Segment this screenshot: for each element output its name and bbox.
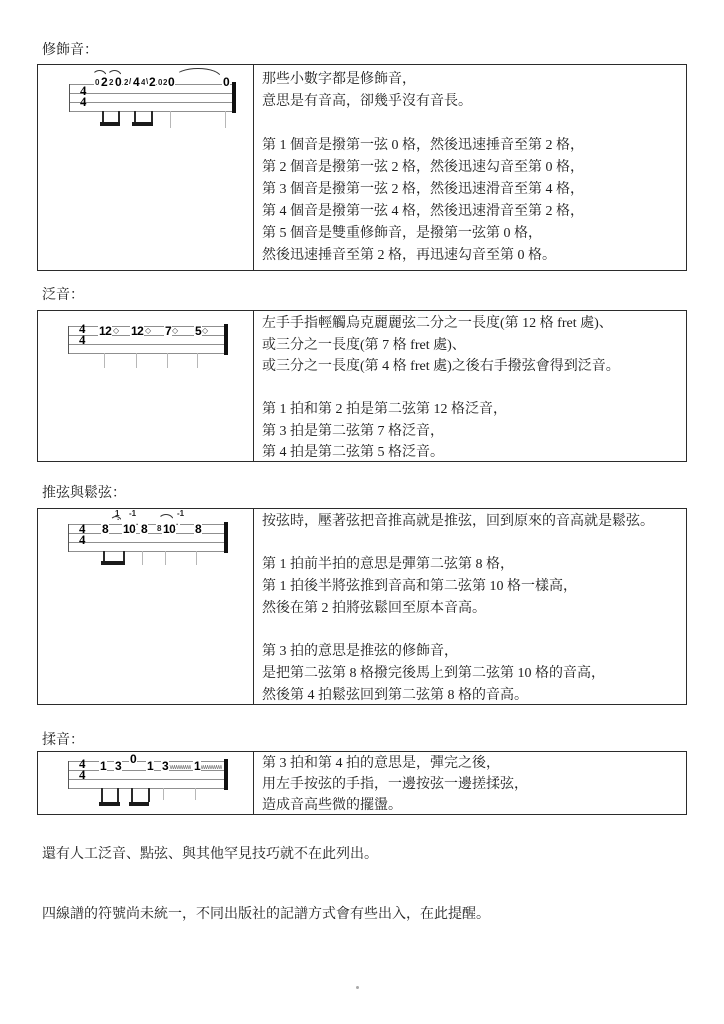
text-line xyxy=(262,620,680,642)
note-stem xyxy=(225,111,226,128)
section-table-vibrato: 44∨∨∨∨∨∨∨∨∨∨∨∨∨∨∨∨∨∨∨∨∨∨∨∨130131 第 3 拍和第… xyxy=(37,751,687,815)
fret-number: 12 xyxy=(98,324,112,338)
text-line: 第 1 拍和第 2 拍是第二弦第 12 格泛音， xyxy=(262,399,680,421)
staff-start-barline xyxy=(68,761,69,789)
fret-number: 0 xyxy=(114,75,122,89)
time-signature-digit: 4 xyxy=(79,334,86,346)
eighth-note-beam xyxy=(101,561,125,565)
slur-tie-arc xyxy=(158,514,174,521)
section-table-bend-release: 441·-1-1810·8810·8 按弦時，壓著弦把音推高就是推弦，回到原來的… xyxy=(37,508,687,705)
section-heading-grace-notes: 修飾音： xyxy=(42,41,98,61)
fret-number: · xyxy=(135,520,140,529)
note-stem xyxy=(142,551,143,565)
fret-number: 2 xyxy=(148,75,156,89)
staff-line xyxy=(69,102,236,103)
text-line: 然後第 4 拍鬆弦回到第二弦第 8 格的音高。 xyxy=(262,685,680,704)
harmonic-diamond-icon: ◇ xyxy=(202,326,208,335)
text-line: 然後迅速捶音至第 2 格，再迅速勾音至第 0 格。 xyxy=(262,245,680,267)
time-signature-digit: 4 xyxy=(79,769,86,781)
note-stem xyxy=(103,551,105,561)
slur-tie-arc xyxy=(175,68,221,77)
time-signature-digit: 4 xyxy=(80,96,87,108)
text-line: 意思是有音高，卻幾乎沒有音長。 xyxy=(262,91,680,113)
text-line: 是把第二弦第 8 格撥完後馬上到第二弦第 10 格的音高， xyxy=(262,663,680,685)
vibrato-zigzag: ∨∨∨∨∨∨∨∨∨∨∨∨ xyxy=(169,763,191,771)
staff-start-barline xyxy=(68,326,69,354)
note-stem xyxy=(197,353,198,368)
staff-line xyxy=(68,779,228,780)
text-line: 用左手按弦的手指，一邊按弦一邊搓揉弦， xyxy=(262,774,680,795)
text-line: 第 3 拍是第二弦第 7 格泛音， xyxy=(262,421,680,443)
fret-number: 3 xyxy=(114,759,122,773)
text-line: 按弦時，壓著弦把音推高就是推弦，回到原來的音高就是鬆弦。 xyxy=(262,511,680,533)
staff-line xyxy=(68,551,228,552)
staff-line xyxy=(68,353,228,354)
eighth-note-beam xyxy=(100,122,120,126)
text-line: 或三分之一長度(第 4 格 fret 處)之後右手撥弦會得到泛音。 xyxy=(262,356,680,378)
staff-start-barline xyxy=(69,84,70,112)
fret-number: 1 xyxy=(193,759,201,773)
section-table-grace-notes: 4402202/44\20200 那些小數字都是修飾音，意思是有音高，卻幾乎沒有… xyxy=(37,64,687,271)
text-line: 第 3 個音是撥第一弦 2 格，然後迅速滑音至第 4 格， xyxy=(262,179,680,201)
section-heading-vibrato: 揉音： xyxy=(42,731,84,751)
staff-end-barline xyxy=(224,522,228,553)
fret-number: 1 xyxy=(146,759,154,773)
footer-note-other-techniques: 還有人工泛音、點弦、與其他罕見技巧就不在此列出。 xyxy=(42,845,378,865)
text-line xyxy=(262,378,680,400)
tab-notation-grace-notes: 4402202/44\20200 xyxy=(38,65,253,270)
fret-number: 8 xyxy=(140,522,148,536)
note-stem xyxy=(148,788,150,802)
text-line: 第 2 個音是撥第一弦 2 格，然後迅速勾音至第 0 格， xyxy=(262,157,680,179)
note-stem xyxy=(195,788,196,800)
staff-line xyxy=(68,344,228,345)
note-stem xyxy=(118,111,120,122)
note-stem xyxy=(123,551,125,561)
bend-amount-label: -1 xyxy=(176,509,185,518)
note-stem xyxy=(134,111,136,122)
section-text-vibrato: 第 3 拍和第 4 拍的意思是，彈完之後，用左手按弦的手指，一邊按弦一邊搓揉弦，… xyxy=(253,752,686,814)
fret-number: 8 xyxy=(194,522,202,536)
time-signature-digit: 4 xyxy=(79,534,86,546)
fret-number: 8 xyxy=(101,522,109,536)
section-text-bend-release: 按弦時，壓著弦把音推高就是推弦，回到原來的音高就是鬆弦。 第 1 拍前半拍的意思… xyxy=(253,509,686,704)
staff-end-barline xyxy=(224,324,228,355)
section-table-harmonics: 4412◇12◇7◇5◇ 左手手指輕觸烏克麗麗弦二分之一長度(第 12 格 fr… xyxy=(37,310,687,462)
fret-number: 3 xyxy=(161,759,169,773)
text-line: 第 1 拍前半拍的意思是彈第二弦第 8 格， xyxy=(262,554,680,576)
staff-start-barline xyxy=(68,524,69,552)
text-line xyxy=(262,113,680,135)
note-stem xyxy=(102,111,104,122)
note-stem xyxy=(136,353,137,368)
staff-end-barline xyxy=(232,82,236,113)
fret-number: 1 xyxy=(99,759,107,773)
staff-line xyxy=(68,542,228,543)
text-line: 造成音高些微的擺盪。 xyxy=(262,795,680,814)
note-stem xyxy=(167,353,168,368)
note-stem xyxy=(131,788,133,802)
note-stem xyxy=(104,353,105,368)
vibrato-zigzag: ∨∨∨∨∨∨∨∨∨∨∨∨ xyxy=(200,763,222,771)
note-stem xyxy=(170,111,171,128)
text-line: 第 4 個音是撥第一弦 4 格，然後迅速滑音至第 2 格， xyxy=(262,201,680,223)
note-stem xyxy=(196,551,197,565)
text-line: 第 4 拍是第二弦第 5 格泛音。 xyxy=(262,442,680,461)
staff-end-barline xyxy=(224,759,228,790)
note-stem xyxy=(117,788,119,802)
note-stem xyxy=(151,111,153,122)
section-text-grace-notes: 那些小數字都是修飾音，意思是有音高，卻幾乎沒有音長。 第 1 個音是撥第一弦 0… xyxy=(253,65,686,270)
tab-notation-harmonics: 4412◇12◇7◇5◇ xyxy=(38,311,253,461)
fret-number: · xyxy=(175,520,180,529)
tab-notation-vibrato: 44∨∨∨∨∨∨∨∨∨∨∨∨∨∨∨∨∨∨∨∨∨∨∨∨130131 xyxy=(38,752,253,814)
bend-amount-label: · xyxy=(116,515,121,524)
eighth-note-beam xyxy=(129,802,149,806)
text-line: 或三分之一長度(第 7 格 fret 處)、 xyxy=(262,335,680,357)
text-line: 左手手指輕觸烏克麗麗弦二分之一長度(第 12 格 fret 處)、 xyxy=(262,313,680,335)
section-heading-bend-release: 推弦與鬆弦： xyxy=(42,484,126,504)
note-stem xyxy=(163,788,164,800)
fret-number: 0 xyxy=(222,75,230,89)
document-page: 修飾音： 4402202/44\20200 那些小數字都是修飾音，意思是有音高，… xyxy=(0,0,724,1024)
harmonic-diamond-icon: ◇ xyxy=(172,326,178,335)
text-line: 第 5 個音是雙重修飾音，是撥第一弦第 0 格， xyxy=(262,223,680,245)
harmonic-diamond-icon: ◇ xyxy=(145,326,151,335)
text-line: 那些小數字都是修飾音， xyxy=(262,69,680,91)
eighth-note-beam xyxy=(132,122,153,126)
fret-number: 4 xyxy=(132,75,140,89)
footer-note-notation-variance: 四線譜的符號尚未統一，不同出版社的記譜方式會有些出入，在此提醒。 xyxy=(42,905,490,925)
note-stem xyxy=(165,551,166,565)
text-line xyxy=(262,533,680,555)
text-line: 第 1 拍後半將弦推到音高和第二弦第 10 格一樣高， xyxy=(262,576,680,598)
text-line: 第 1 個音是撥第一弦 0 格，然後迅速捶音至第 2 格， xyxy=(262,135,680,157)
fret-number: 7 xyxy=(164,324,172,338)
note-stem xyxy=(101,788,103,802)
text-line: 然後在第 2 拍將弦鬆回至原本音高。 xyxy=(262,598,680,620)
page-footer-dot xyxy=(356,986,359,989)
staff-line xyxy=(68,335,228,336)
tab-notation-bend-release: 441·-1-1810·8810·8 xyxy=(38,509,253,704)
fret-number: 0 xyxy=(167,75,175,89)
section-heading-harmonics: 泛音： xyxy=(42,286,84,306)
fret-number: 12 xyxy=(130,324,144,338)
text-line: 第 3 拍和第 4 拍的意思是，彈完之後， xyxy=(262,753,680,774)
fret-number: 0 xyxy=(129,752,137,766)
text-line: 第 3 拍的意思是推弦的修飾音， xyxy=(262,641,680,663)
staff-line xyxy=(69,93,236,94)
eighth-note-beam xyxy=(99,802,120,806)
fret-number: 5 xyxy=(194,324,202,338)
bend-amount-label: -1 xyxy=(128,509,137,518)
section-text-harmonics: 左手手指輕觸烏克麗麗弦二分之一長度(第 12 格 fret 處)、或三分之一長度… xyxy=(253,311,686,461)
harmonic-diamond-icon: ◇ xyxy=(113,326,119,335)
fret-number: 2 xyxy=(100,75,108,89)
